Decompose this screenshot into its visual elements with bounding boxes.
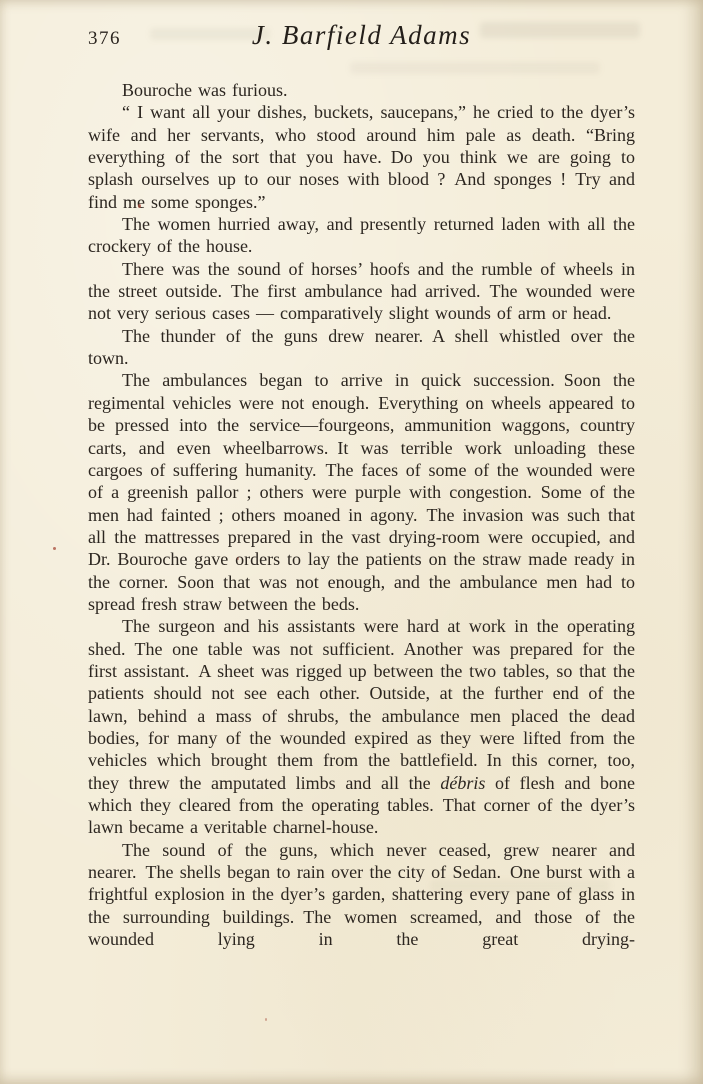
page-header: 376 J. Barfield Adams [88,20,635,60]
text-run: The thunder of the guns drew nearer. A s… [88,326,635,368]
italic-word: débris [440,773,485,793]
paragraph: The sound of the guns, which never cease… [88,839,635,951]
text-run: The women hurried away, and presently re… [88,214,635,256]
paragraph: The thunder of the guns drew nearer. A s… [88,325,635,370]
text-run: “ I want all your dishes, buckets, sauce… [88,102,635,211]
page-body: Bouroche was furious.“ I want all your d… [88,79,635,950]
paragraph: The ambulances began to arrive in quick … [88,369,635,615]
book-page: 376 J. Barfield Adams Bouroche was furio… [0,0,703,1084]
paragraph: There was the sound of horses’ hoofs and… [88,258,635,325]
paragraph: The women hurried away, and presently re… [88,213,635,258]
paragraph: The surgeon and his assistants were hard… [88,615,635,838]
text-run: Bouroche was furious. [122,80,287,100]
text-run: The surgeon and his assistants were hard… [88,616,635,792]
running-title: J. Barfield Adams [88,20,635,51]
text-run: There was the sound of horses’ hoofs and… [88,259,635,324]
paper-speck [265,1018,267,1021]
text-run: The sound of the guns, which never cease… [88,840,635,949]
text-run: The ambulances began to arrive in quick … [88,370,635,613]
paper-speck [53,547,56,550]
paragraph: Bouroche was furious. [88,79,635,101]
paragraph: “ I want all your dishes, buckets, sauce… [88,101,635,213]
show-through-smudge [350,62,600,74]
